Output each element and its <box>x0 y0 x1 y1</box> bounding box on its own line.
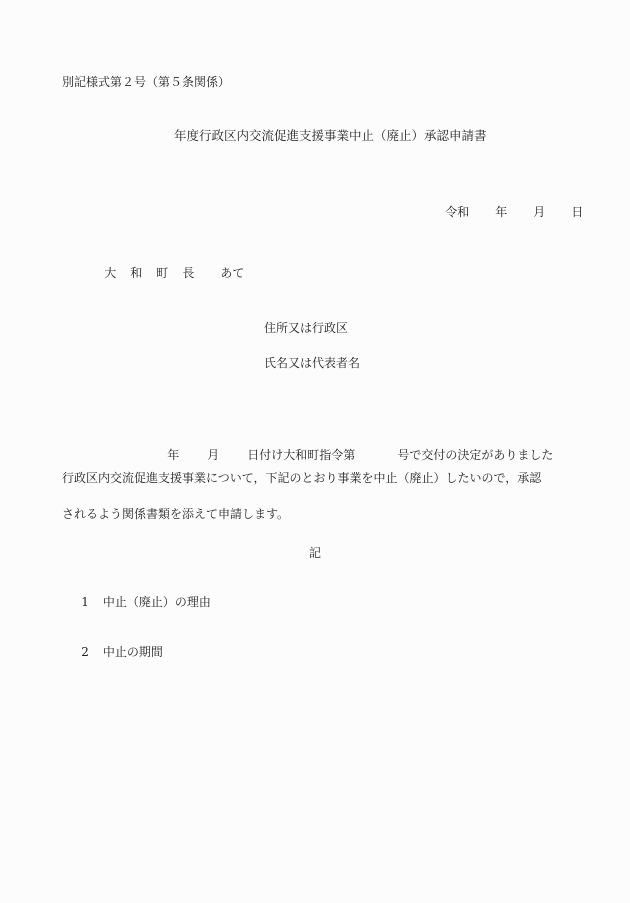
ki-heading: 記 <box>309 545 321 561</box>
list-item: 2中止の期間 <box>66 628 163 676</box>
list-item: 1中止（廃止）の理由 <box>66 578 211 626</box>
addressee-char: 長 <box>182 266 194 280</box>
body-day-text: 日付け大和町指令第 <box>247 448 355 462</box>
addressee: 大和町長あて <box>89 249 244 297</box>
applicant-address-label: 住所又は行政区 <box>264 320 348 336</box>
date-month-label: 月 <box>533 204 545 220</box>
body-line-3: されるよう関係書類を添えて申請します。 <box>62 506 289 522</box>
body-year-label: 年 <box>167 448 179 462</box>
body-line-2: 行政区内交流促進支援事業について，下記のとおり事業を中止（廃止）したいので，承認 <box>62 470 541 486</box>
addressee-char: 町 <box>156 266 168 280</box>
item-number: 2 <box>81 645 89 659</box>
date-day-label: 日 <box>571 204 583 220</box>
item-label: 中止（廃止）の理由 <box>103 595 211 609</box>
body-month-label: 月 <box>207 448 219 462</box>
document-title: 年度行政区内交流促進支援事業中止（廃止）承認申請書 <box>174 128 487 144</box>
date-line: 令和年月日 <box>430 188 583 236</box>
date-year-label: 年 <box>495 204 507 220</box>
item-label: 中止の期間 <box>103 645 163 659</box>
form-number: 別記様式第２号（第５条関係） <box>62 74 230 90</box>
applicant-name-label: 氏名又は代表者名 <box>264 355 360 371</box>
item-number: 1 <box>81 595 89 609</box>
addressee-suffix: あて <box>220 266 244 280</box>
body-line-1-rest: 号で交付の決定がありました <box>397 448 553 462</box>
addressee-char: 大 <box>104 266 116 280</box>
date-era: 令和 <box>445 204 469 220</box>
addressee-char: 和 <box>130 266 142 280</box>
